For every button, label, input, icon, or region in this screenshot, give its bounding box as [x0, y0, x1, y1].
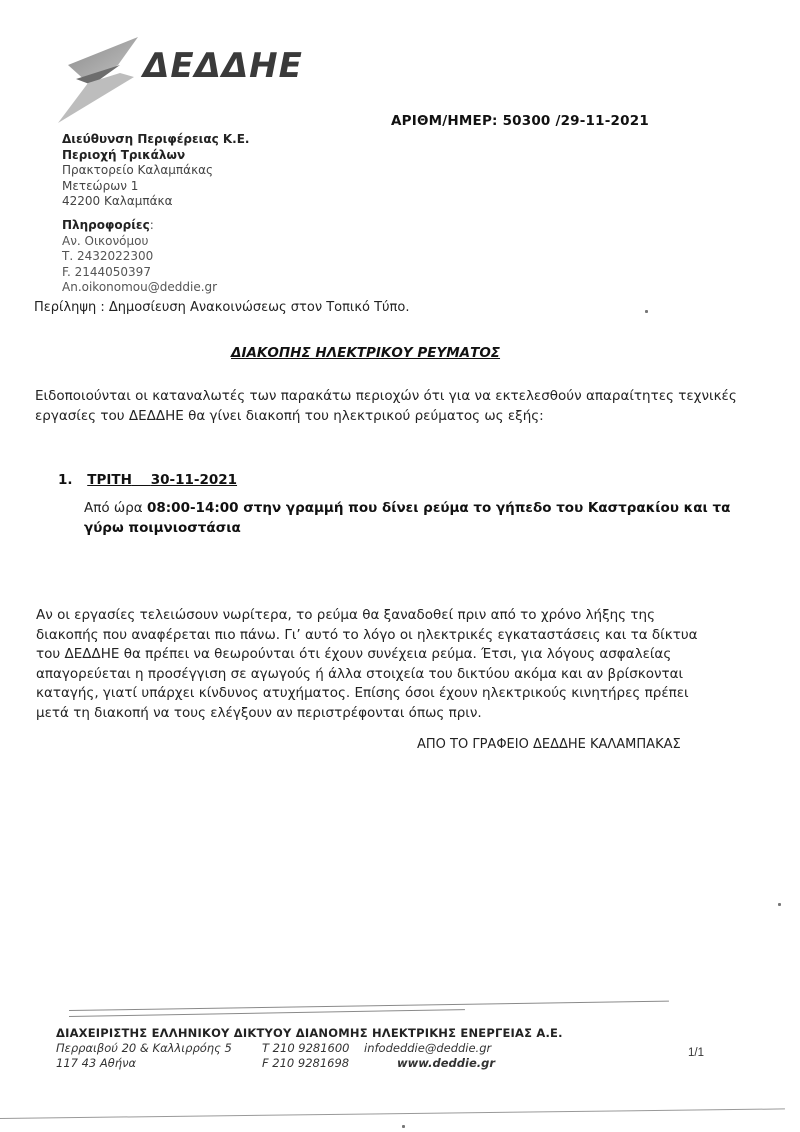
- scan-speck: [645, 310, 648, 313]
- summary: Περίληψη : Δημοσίευση Ανακοινώσεως στον …: [34, 300, 409, 315]
- footer-web: infodeddie@deddie.gr www.deddie.gr: [364, 1041, 495, 1070]
- sender-office: Πρακτορείο Καλαμπάκας: [62, 163, 249, 179]
- scan-speck: [778, 903, 781, 906]
- footer-address: Περραιβού 20 & Καλλιρρόης 5 117 43 Αθήνα: [56, 1041, 232, 1070]
- notice-line: απαγορεύεται η προσέγγιση σε αγωγούς ή ά…: [36, 665, 698, 685]
- document-title: ΔΙΑΚΟΠΗΣ ΗΛΕΚΤΡΙΚΟΥ ΡΕΥΜΑΤΟΣ: [231, 345, 500, 361]
- contact-email[interactable]: An.oikonomou@deddie.gr: [62, 280, 217, 296]
- logo-wordmark: ΔΕΔΔΗΕ: [143, 46, 303, 86]
- footer-phone: T 210 9281600: [262, 1041, 350, 1056]
- signoff: ΑΠΟ ΤΟ ΓΡΑΦΕΙΟ ΔΕΔΔΗΕ ΚΑΛΑΜΠΑΚΑΣ: [417, 737, 681, 752]
- notice-line: Αν οι εργασίες τελειώσουν νωρίτερα, το ρ…: [36, 606, 698, 626]
- reference-value: 50300: [503, 113, 551, 129]
- notice-line: διακοπής που αναφέρεται πιο πάνω. Γι’ αυ…: [36, 626, 698, 646]
- outage-item-details: Από ώρα 08:00-14:00 στην γραμμή που δίνε…: [84, 498, 744, 538]
- footer-address-line1: Περραιβού 20 & Καλλιρρόης 5: [56, 1041, 232, 1056]
- reference-label: ΑΡΙΘΜ/ΗΜΕΡ:: [391, 113, 498, 129]
- contact-block: Πληροφορίες: Αν. Οικονόμου Τ. 2432022300…: [62, 218, 217, 296]
- item-details: 08:00-14:00 στην γραμμή που δίνει ρεύμα …: [84, 500, 730, 536]
- contact-name: Αν. Οικονόμου: [62, 234, 217, 250]
- notice-paragraph: Αν οι εργασίες τελειώσουν νωρίτερα, το ρ…: [36, 606, 698, 723]
- page-number: 1/1: [688, 1047, 704, 1059]
- item-prefix: Από ώρα: [84, 500, 147, 516]
- notice-line: του ΔΕΔΔΗΕ θα πρέπει να θεωρούνται ότι έ…: [36, 645, 698, 665]
- footer-website[interactable]: www.deddie.gr: [364, 1056, 495, 1071]
- sender-region: Περιοχή Τρικάλων: [62, 148, 249, 164]
- sender-street: Μετεώρων 1: [62, 179, 249, 195]
- scan-speck: [402, 1125, 405, 1128]
- intro-paragraph: Ειδοποιούνται οι καταναλωτές των παρακάτ…: [35, 386, 755, 426]
- item-date: 30-11-2021: [151, 472, 237, 488]
- sender-directorate: Διεύθυνση Περιφέρειας Κ.Ε.: [62, 132, 249, 148]
- sender-city: 42200 Καλαμπάκα: [62, 194, 249, 210]
- contact-fax: F. 2144050397: [62, 265, 217, 281]
- notice-line: καταγής, γιατί υπάρχει κίνδυνος ατυχήματ…: [36, 684, 698, 704]
- footer-fax: F 210 9281698: [262, 1056, 350, 1071]
- footer-email[interactable]: infodeddie@deddie.gr: [364, 1041, 495, 1056]
- contact-label: Πληροφορίες: [62, 218, 150, 232]
- item-number: 1.: [58, 472, 73, 488]
- footer-address-line2: 117 43 Αθήνα: [56, 1056, 232, 1071]
- contact-phone: Τ. 2432022300: [62, 249, 217, 265]
- reference-date: /29-11-2021: [555, 113, 648, 129]
- sender-block: Διεύθυνση Περιφέρειας Κ.Ε. Περιοχή Τρικά…: [62, 132, 249, 210]
- footer-divider: [69, 1009, 465, 1017]
- item-day: ΤΡΙΤΗ: [87, 472, 132, 488]
- footer-phones: T 210 9281600 F 210 9281698: [262, 1041, 350, 1070]
- footer-divider: [0, 1108, 785, 1119]
- footer-company-name: ΔΙΑΧΕΙΡΙΣΤΗΣ ΕΛΛΗΝΙΚΟΥ ΔΙΚΤΥΟΥ ΔΙΑΝΟΜΗΣ …: [56, 1026, 563, 1040]
- notice-line: μετά τη διακοπή να τους ελέγξουν αν περι…: [36, 704, 698, 724]
- outage-item-heading: 1. ΤΡΙΤΗ 30-11-2021: [58, 472, 237, 488]
- reference-number: ΑΡΙΘΜ/ΗΜΕΡ: 50300 /29-11-2021: [391, 113, 649, 129]
- footer-divider: [69, 1001, 669, 1011]
